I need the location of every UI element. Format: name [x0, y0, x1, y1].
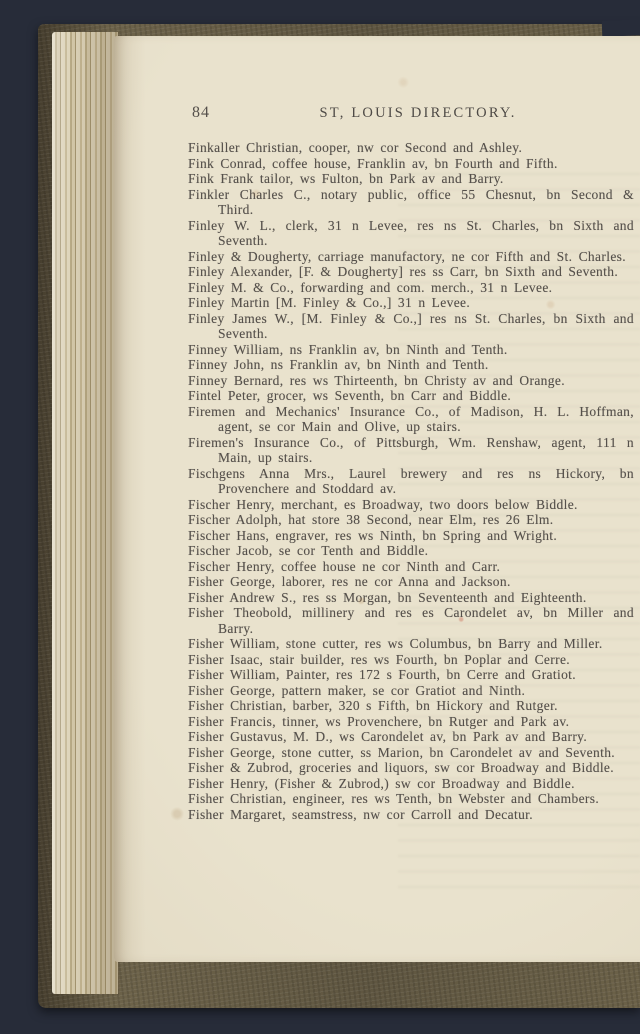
directory-entry: Fisher Andrew S., res ss Morgan, bn Seve… [188, 590, 634, 606]
directory-entry: Fischgens Anna Mrs., Laurel brewery and … [188, 466, 634, 497]
directory-entry: Fisher George, stone cutter, ss Marion, … [188, 745, 634, 761]
book-page: 84 ST, LOUIS DIRECTORY. Finkaller Christ… [114, 36, 640, 962]
directory-entry: Finney William, ns Franklin av, bn Ninth… [188, 342, 634, 358]
directory-entry: Finley Alexander, [F. & Dougherty] res s… [188, 264, 634, 280]
directory-entry: Fischer Jacob, se cor Tenth and Biddle. [188, 543, 634, 559]
directory-entry: Fisher Margaret, seamstress, nw cor Carr… [188, 807, 634, 823]
directory-entry: Finkler Charles C., notary public, offic… [188, 187, 634, 218]
directory-entry: Finley James W., [M. Finley & Co.,] res … [188, 311, 634, 342]
directory-entry: Finney John, ns Franklin av, bn Ninth an… [188, 357, 634, 373]
directory-entry: Fink Frank tailor, ws Fulton, bn Park av… [188, 171, 634, 187]
directory-entry: Fisher Isaac, stair builder, res ws Four… [188, 652, 634, 668]
directory-entry: Fischer Hans, engraver, res ws Ninth, bn… [188, 528, 634, 544]
directory-entry: Finley M. & Co., forwarding and com. mer… [188, 280, 634, 296]
directory-entry: Fisher Christian, engineer, res ws Tenth… [188, 791, 634, 807]
directory-entry: Fischer Adolph, hat store 38 Second, nea… [188, 512, 634, 528]
page-header-title: ST, LOUIS DIRECTORY. [188, 105, 640, 122]
directory-entry: Fink Conrad, coffee house, Franklin av, … [188, 156, 634, 172]
directory-entry: Finley Martin [M. Finley & Co.,] 31 n Le… [188, 295, 634, 311]
directory-entry: Fisher George, laborer, res ne cor Anna … [188, 574, 634, 590]
directory-entry: Fintel Peter, grocer, ws Seventh, bn Car… [188, 388, 634, 404]
printed-content: 84 ST, LOUIS DIRECTORY. Finkaller Christ… [188, 36, 634, 962]
directory-entry: Fisher & Zubrod, groceries and liquors, … [188, 760, 634, 776]
directory-entry: Fisher Henry, (Fisher & Zubrod,) sw cor … [188, 776, 634, 792]
directory-entry: Firemen's Insurance Co., of Pittsburgh, … [188, 435, 634, 466]
directory-entries: Finkaller Christian, cooper, nw cor Seco… [188, 140, 634, 822]
directory-entry: Finney Bernard, res ws Thirteenth, bn Ch… [188, 373, 634, 389]
directory-entry: Fisher Christian, barber, 320 s Fifth, b… [188, 698, 634, 714]
directory-entry: Fisher Gustavus, M. D., ws Carondelet av… [188, 729, 634, 745]
directory-entry: Fisher William, stone cutter, res ws Col… [188, 636, 634, 652]
directory-entry: Finley & Dougherty, carriage manufactory… [188, 249, 634, 265]
directory-entry: Firemen and Mechanics' Insurance Co., of… [188, 404, 634, 435]
directory-entry: Fisher William, Painter, res 172 s Fourt… [188, 667, 634, 683]
directory-entry: Finkaller Christian, cooper, nw cor Seco… [188, 140, 634, 156]
book-cover: 84 ST, LOUIS DIRECTORY. Finkaller Christ… [38, 24, 640, 1008]
directory-entry: Fisher George, pattern maker, se cor Gra… [188, 683, 634, 699]
directory-entry: Finley W. L., clerk, 31 n Levee, res ns … [188, 218, 634, 249]
directory-entry: Fischer Henry, coffee house ne cor Ninth… [188, 559, 634, 575]
directory-entry: Fisher Theobold, millinery and res es Ca… [188, 605, 634, 636]
cover-corner-notch [602, 19, 640, 36]
page-edges-stack [52, 32, 118, 994]
directory-entry: Fisher Francis, tinner, ws Provenchere, … [188, 714, 634, 730]
page-header: 84 ST, LOUIS DIRECTORY. [188, 104, 634, 124]
directory-entry: Fischer Henry, merchant, es Broadway, tw… [188, 497, 634, 513]
